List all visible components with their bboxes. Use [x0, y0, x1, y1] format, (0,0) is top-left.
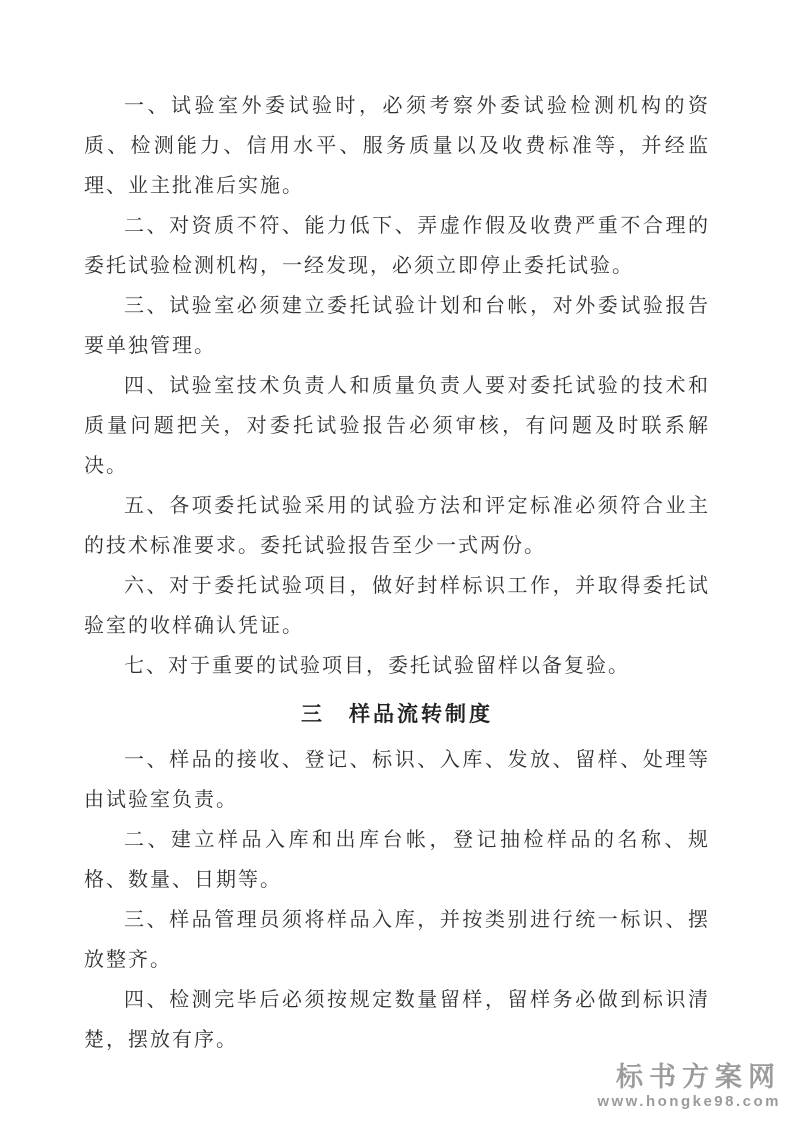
watermark-site-name: 标书方案网: [597, 1062, 781, 1092]
section-heading: 三 样品流转制度: [84, 694, 710, 734]
paragraph: 二、对资质不符、能力低下、弄虚作假及收费严重不合理的委托试验检测机构，一经发现，…: [84, 206, 710, 286]
document-page: 一、试验室外委试验时，必须考察外委试验检测机构的资质、检测能力、信用水平、服务质…: [0, 0, 793, 1122]
paragraph: 二、建立样品入库和出库台帐，登记抽检样品的名称、规格、数量、日期等。: [84, 820, 710, 900]
paragraph: 四、检测完毕后必须按规定数量留样，留样务必做到标识清楚，摆放有序。: [84, 980, 710, 1060]
watermark: 标书方案网 www.hongke98.com: [597, 1062, 781, 1112]
paragraph: 七、对于重要的试验项目，委托试验留样以备复验。: [84, 646, 710, 686]
paragraph: 四、试验室技术负责人和质量负责人要对委托试验的技术和质量问题把关，对委托试验报告…: [84, 366, 710, 486]
paragraph: 三、试验室必须建立委托试验计划和台帐，对外委试验报告要单独管理。: [84, 286, 710, 366]
paragraph: 一、样品的接收、登记、标识、入库、发放、留样、处理等由试验室负责。: [84, 740, 710, 820]
paragraph: 六、对于委托试验项目，做好封样标识工作，并取得委托试验室的收样确认凭证。: [84, 566, 710, 646]
document-body: 一、试验室外委试验时，必须考察外委试验检测机构的资质、检测能力、信用水平、服务质…: [84, 86, 710, 1060]
paragraph: 一、试验室外委试验时，必须考察外委试验检测机构的资质、检测能力、信用水平、服务质…: [84, 86, 710, 206]
paragraph: 三、样品管理员须将样品入库，并按类别进行统一标识、摆放整齐。: [84, 900, 710, 980]
watermark-site-url: www.hongke98.com: [597, 1092, 781, 1112]
paragraph: 五、各项委托试验采用的试验方法和评定标准必须符合业主的技术标准要求。委托试验报告…: [84, 486, 710, 566]
